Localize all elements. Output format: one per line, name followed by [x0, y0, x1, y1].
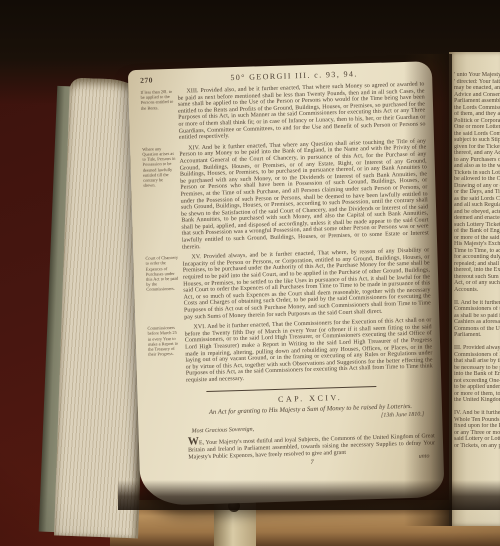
section-text: XIII. Provided also, and be it further e… — [177, 81, 425, 141]
statute-section-xv: Court of Chancery to order the Expences … — [145, 248, 431, 322]
chapter-xciv: CAP. XCIV. An Act for granting to His Ma… — [150, 390, 436, 474]
text-line: subject to such Stipulati — [454, 137, 500, 144]
text-line: the United Kingdom of G — [454, 397, 500, 404]
margin-note: Where any Question arises as to Title, P… — [142, 145, 180, 188]
wooden-ledge — [110, 500, 500, 546]
statute-section-xiv: Where any Question arises as to Title, P… — [142, 138, 429, 252]
text-line: and also as to the whole — [454, 163, 500, 170]
text-line: be allowed to the Owner — [454, 176, 500, 183]
section-divider-rule — [206, 386, 376, 393]
text-line: Act, or of any such Re — [454, 280, 500, 287]
text-line: deemed and enacted in t — [454, 215, 500, 222]
right-page: ' unto Your Majesty a Su' directed: Your… — [449, 52, 500, 526]
margin-note: Commissioners before March 25 in every Y… — [147, 325, 185, 357]
left-page: 270 50° GEORGII III. c. 93, 94. If less … — [128, 61, 445, 506]
text-line: that shall arise by the Sal — [454, 358, 500, 365]
catchword: unto — [419, 454, 430, 460]
text-line: may be enacted, and be — [454, 85, 500, 92]
text-line: One or more Lottery or L — [454, 124, 500, 131]
text-line: Parliament assembled, an — [454, 98, 500, 105]
text-line: to be applied under the O — [454, 384, 500, 391]
running-head: 50° GEORGII III. c. 93, 94. — [174, 68, 414, 84]
text-line: fixed upon for the Purpos — [454, 423, 500, 430]
text-line: into the Bank of England — [454, 371, 500, 378]
page-number: 270 — [140, 75, 174, 85]
right-page-text: ' unto Your Majesty a Su' directed: Your… — [449, 52, 500, 449]
section-text: XVI. And be it further enacted, That the… — [184, 317, 433, 384]
text-line: thereof, into the Excheq — [454, 267, 500, 274]
text-line: Commissioners of the Tre — [454, 306, 500, 313]
statute-section-xiii: If less than 20l. to be applied to the P… — [140, 81, 425, 142]
text-line: ' unto Your Majesty a Su — [454, 72, 500, 79]
section-text: XIV. And be it further enacted, That whe… — [179, 138, 429, 251]
left-page-content: 270 50° GEORGII III. c. 93, 94. If less … — [140, 67, 436, 497]
section-text: XV. Provided always, and be it further e… — [182, 248, 431, 321]
text-line: or the Days, and Times, — [454, 189, 500, 196]
text-line: His Majesty's Exchequer — [454, 241, 500, 248]
text-line: of the Bank of England, — [454, 228, 500, 235]
margin-note: If less than 20l. to be applied to the P… — [140, 89, 178, 111]
text-line: for accounting duly for t — [454, 254, 500, 261]
text-line: IV. And be it further — [454, 410, 500, 417]
book-photograph: 270 50° GEORGII III. c. 93, 94. If less … — [0, 0, 500, 546]
statute-section-xvi: Commissioners before March 25 in every Y… — [147, 317, 433, 385]
margin-note: Court of Chancery to order the Expences … — [145, 255, 183, 292]
text-line: III. Provided always, — [454, 345, 500, 352]
text-line: or Tickets, on any parti — [454, 443, 500, 450]
text-line: thereof, and any Advanc — [454, 150, 500, 157]
text-line: said Lottery or Lotteries, — [454, 436, 500, 443]
text-line: and all such Regulations — [454, 202, 500, 209]
text-line: Cashiers as aforesaid, to — [454, 319, 500, 326]
text-line: of them, and they are her — [454, 111, 500, 118]
